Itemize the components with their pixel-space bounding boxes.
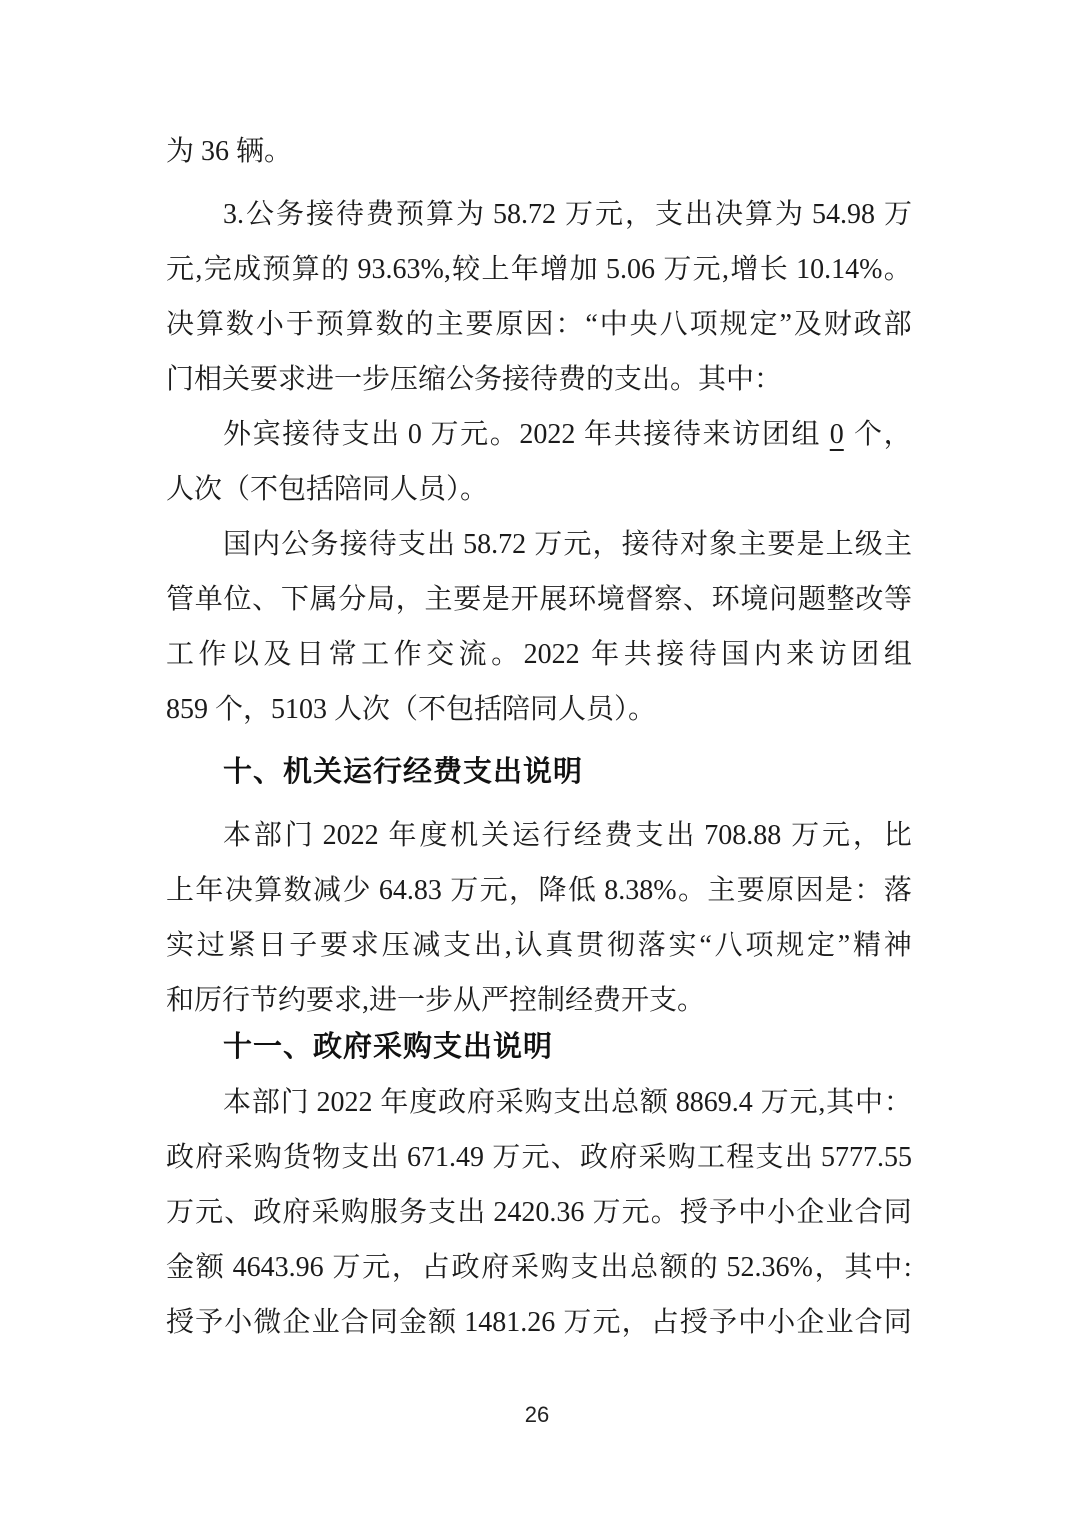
body-line-daily-work: 工作以及日常工作交流。2022 年共接待国内来访团组: [166, 627, 912, 682]
body-line-reduce-expense: 门相关要求进一步压缩公务接待费的支出。其中：: [166, 352, 912, 407]
body-line-procurement-services: 万元、政府采购服务支出 2420.36 万元。授予中小企业合同: [166, 1185, 912, 1240]
document-page: 为 36 辆。 3.公务接待费预算为 58.72 万元，支出决算为 54.98 …: [0, 0, 1074, 1520]
body-line-person-times: 人次（不包括陪同人员）。: [166, 462, 912, 517]
body-line-tight-budget: 实过紧日子要求压减支出,认真贯彻落实“八项规定”精神: [166, 918, 912, 973]
section-10-heading: 十、机关运行经费支出说明: [166, 745, 912, 800]
body-line-foreign-reception: 外宾接待支出 0 万元。2022 年共接待来访团组 0 个，: [166, 407, 912, 462]
body-line-expense-decrease: 上年决算数减少 64.83 万元，降低 8.38%。主要原因是：落: [166, 863, 912, 918]
page-number: 26: [0, 1402, 1074, 1428]
body-line-budget-completion: 元,完成预算的 93.63%,较上年增加 5.06 万元,增长 10.14%。: [166, 242, 912, 297]
body-line-reception-budget: 3.公务接待费预算为 58.72 万元，支出决算为 54.98 万: [166, 187, 912, 242]
body-line-procurement-goods: 政府采购货物支出 671.49 万元、政府采购工程支出 5777.55: [166, 1130, 912, 1185]
body-line-reason-regulations: 决算数小于预算数的主要原因：“中央八项规定”及财政部: [166, 297, 912, 352]
body-line-reception-targets: 管单位、下属分局，主要是开展环境督察、环境问题整改等: [166, 572, 912, 627]
body-line-micro-contracts: 授予小微企业合同金额 1481.26 万元，占授予中小企业合同: [166, 1295, 912, 1350]
body-line-vehicles-end: 为 36 辆。: [166, 124, 912, 179]
text-block: 为 36 辆。 3.公务接待费预算为 58.72 万元，支出决算为 54.98 …: [166, 124, 912, 1350]
body-line-operating-expense: 本部门 2022 年度机关运行经费支出 708.88 万元，比: [166, 808, 912, 863]
body-line-domestic-reception: 国内公务接待支出 58.72 万元，接待对象主要是上级主: [166, 517, 912, 572]
section-11-heading: 十一、政府采购支出说明: [166, 1020, 912, 1075]
body-line-procurement-total: 本部门 2022 年度政府采购支出总额 8869.4 万元,其中：: [166, 1075, 912, 1130]
body-line-sme-contracts: 金额 4643.96 万元，占政府采购支出总额的 52.36%，其中:: [166, 1240, 912, 1295]
body-line-domestic-groups: 859 个，5103 人次（不包括陪同人员）。: [166, 682, 912, 737]
